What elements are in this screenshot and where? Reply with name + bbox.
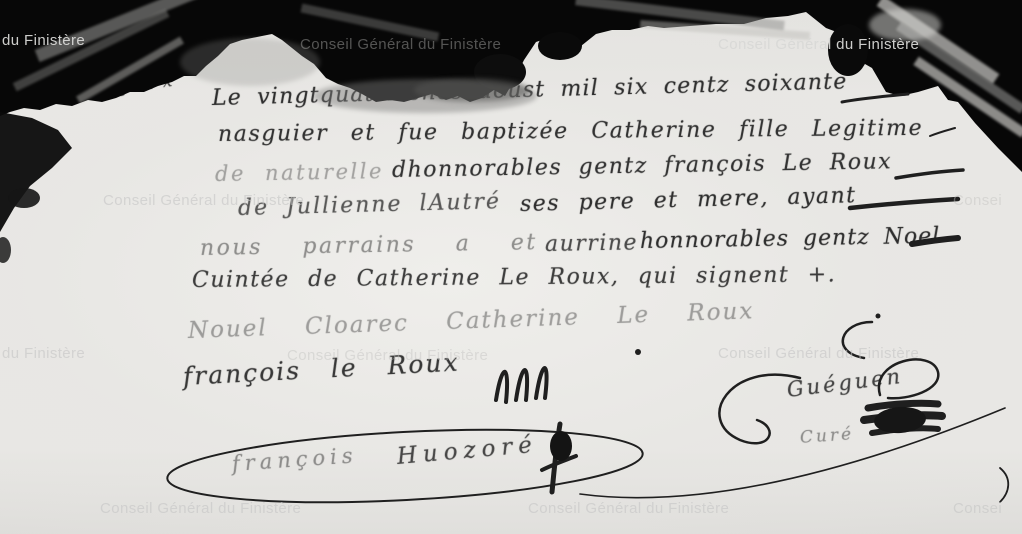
record-line-3-faint: de naturelle	[215, 159, 384, 186]
watermark: Conseil Général du Finistère	[718, 36, 919, 53]
watermark: Consei	[953, 192, 1002, 209]
watermark: Conseil Général du Finistère	[528, 500, 729, 517]
watermark: Consei	[953, 500, 1002, 517]
watermark: Conseil Général du Finistère	[103, 192, 304, 209]
watermark: du Finistère	[2, 345, 85, 362]
priest-title: Curé	[799, 424, 854, 448]
watermark: Conseil Général du Finistère	[287, 347, 488, 364]
watermark: Conseil Général du Finistère	[300, 36, 501, 53]
watermark: Conseil Général du Finistère	[100, 500, 301, 517]
watermark: Conseil Général du Finistère	[718, 345, 919, 362]
record-line-5: honnorables gentz Noel	[640, 224, 941, 254]
archival-scan-page: { "scan": { "paper_color": "#e7e6e3", "i…	[0, 0, 1022, 534]
record-line-5-mid: aurrine	[545, 230, 638, 257]
watermark: du Finistère	[2, 32, 85, 49]
